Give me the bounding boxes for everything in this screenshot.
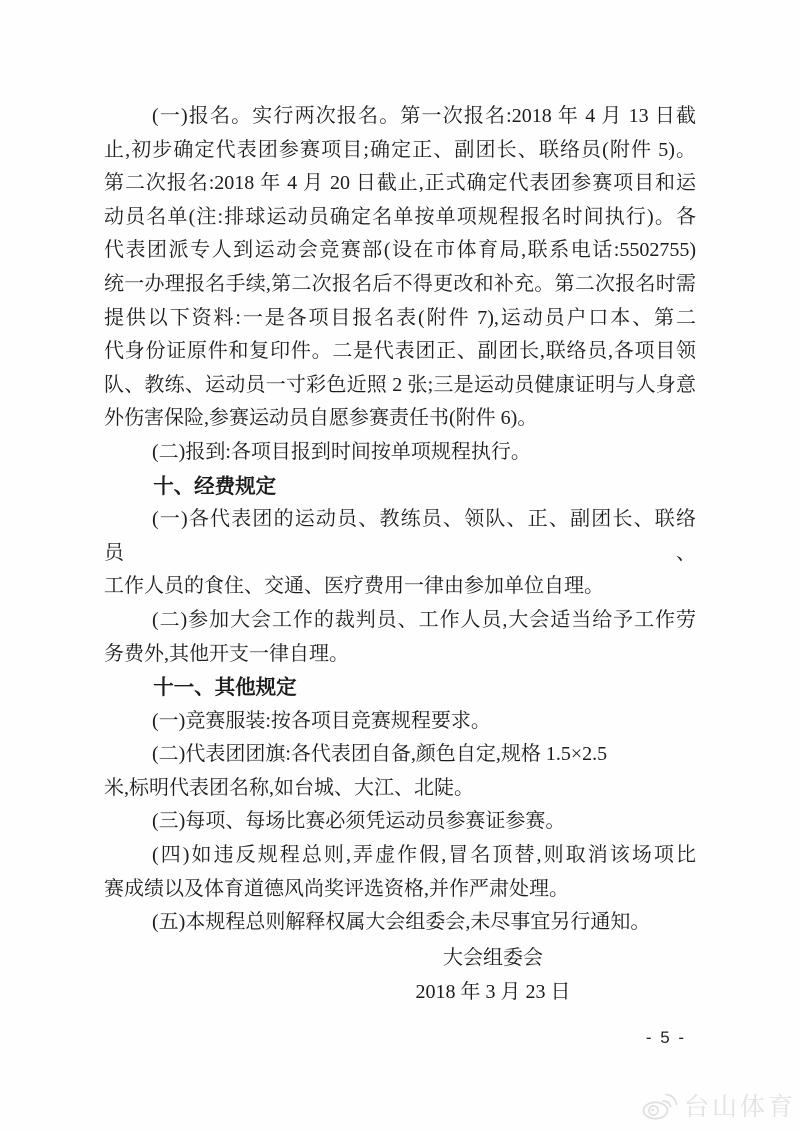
document-line: (二)报到:各项目报到时间按单项规程执行。 [104, 436, 696, 470]
document-line: (二)参加大会工作的裁判员、工作人员,大会适当给予工作劳 [104, 604, 696, 638]
document-line: 第二次报名:2018 年 4 月 20 日截止,正式确定代表团参赛项目和运 [104, 167, 696, 201]
document-line: (三)每项、每场比赛必须凭运动员参赛证参赛。 [104, 805, 696, 839]
document-line: 代表团派专人到运动会竞赛部(设在市体育局,联系电话:5502755) [104, 234, 696, 268]
document-line: 队、教练、运动员一寸彩色近照 2 张;三是运动员健康证明与人身意 [104, 369, 696, 403]
document-line: (一)竞赛服装:按各项目竞赛规程要求。 [104, 705, 696, 739]
signature-date: 2018 年 3 月 23 日 [104, 976, 696, 1010]
document-body: (一)报名。实行两次报名。第一次报名:2018 年 4 月 13 日截 止,初步… [104, 100, 696, 940]
section-heading-funding: 十、经费规定 [104, 470, 696, 504]
document-line: (五)本规程总则解释权属大会组委会,未尽事宜另行通知。 [104, 906, 696, 940]
document-line: 外伤害保险,参赛运动员自愿参赛责任书(附件 6)。 [104, 402, 696, 436]
document-page: (一)报名。实行两次报名。第一次报名:2018 年 4 月 13 日截 止,初步… [0, 0, 800, 1131]
document-line: 代身份证原件和复印件。二是代表团正、副团长,联络员,各项目领 [104, 335, 696, 369]
document-line: 动员名单(注:排球运动员确定名单按单项规程报名时间执行)。各 [104, 201, 696, 235]
weibo-icon [641, 1089, 679, 1121]
document-line: (四)如违反规程总则,弄虚作假,冒名顶替,则取消该场项比 [104, 839, 696, 873]
page-number: - 5 - [638, 1028, 694, 1048]
signature-organization: 大会组委会 [104, 942, 696, 976]
document-line: 统一办理报名手续,第二次报名后不得更改和补充。第二次报名时需 [104, 268, 696, 302]
document-line: (一)报名。实行两次报名。第一次报名:2018 年 4 月 13 日截 [104, 100, 696, 134]
document-line: (一)各代表团的运动员、教练员、领队、正、副团长、联络员、 [104, 503, 696, 570]
watermark: 台山体育 [641, 1087, 796, 1123]
document-line: 工作人员的食住、交通、医疗费用一律由参加单位自理。 [104, 570, 696, 604]
document-line: (二)代表团团旗:各代表团自备,颜色自定,规格 1.5×2.5 [104, 738, 696, 772]
document-line: 提供以下资料:一是各项目报名表(附件 7),运动员户口本、第二 [104, 302, 696, 336]
watermark-label: 台山体育 [684, 1087, 796, 1123]
document-line: 止,初步确定代表团参赛项目;确定正、副团长、联络员(附件 5)。 [104, 134, 696, 168]
document-line: 务费外,其他开支一律自理。 [104, 638, 696, 672]
section-heading-other-rules: 十一、其他规定 [104, 671, 696, 705]
document-line: 米,标明代表团名称,如台城、大江、北陡。 [104, 772, 696, 806]
document-line: 赛成绩以及体育道德风尚奖评选资格,并作严肃处理。 [104, 873, 696, 907]
